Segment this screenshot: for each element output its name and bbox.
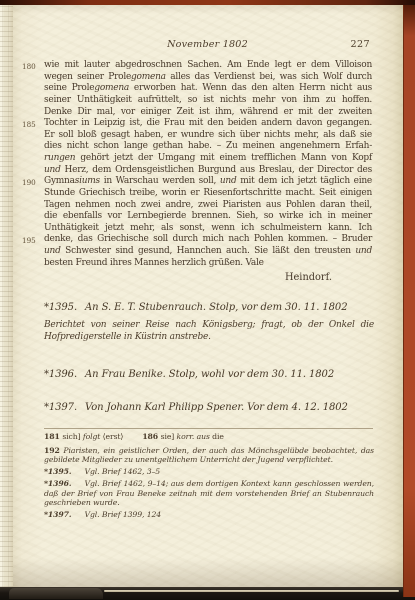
note-text: Vgl. Brief 1462, 9–14; aus dem dortigen … xyxy=(44,479,374,507)
apparatus-note: *1397.Vgl. Brief 1399, 124 xyxy=(44,510,374,519)
roman-text: gehört jetzt der Umgang mit einem treffl… xyxy=(75,153,372,163)
body-line: und Herz, dem Ordensgeistlichen Burgund … xyxy=(44,165,372,177)
entry-heading: *1395.An S. E. T. Stubenrauch. Stolp, vo… xyxy=(44,301,374,314)
entry-1396: *1396.An Frau Benike. Stolp, wohl vor de… xyxy=(44,368,374,381)
roman-text: Stunde Griechisch treibe, worin er Riese… xyxy=(44,188,372,198)
roman-text: Schwester sind gesund, Hannchen auch. Si… xyxy=(61,246,356,256)
entry-title: Von Johann Karl Philipp Spener. Vor dem … xyxy=(85,402,348,413)
roman-text: wegen seiner Prole xyxy=(44,72,131,82)
variant-line-number: 181 xyxy=(44,432,62,441)
roman-text: sich] xyxy=(62,432,83,441)
roman-text: Gymna xyxy=(44,176,75,186)
note-number: *1397. xyxy=(44,510,72,519)
apparatus-note: *1396.Vgl. Brief 1462, 9–14; aus dem dor… xyxy=(44,479,374,507)
body-line: die ebenfalls vor Lernbegierde brennen. … xyxy=(44,211,372,223)
roman-text: Tagen nehmen noch zwei andre, zwei Piari… xyxy=(44,200,372,210)
italic-text: rungen xyxy=(44,153,75,163)
body-line: besten Freund ihres Mannes herzlich grüß… xyxy=(44,258,372,270)
line-number: 190 xyxy=(22,177,40,189)
letter-body: 180wie mit lauter abgedroschnen Sachen. … xyxy=(44,60,372,269)
note-text: Vgl. Brief 1462, 3–5 xyxy=(85,467,161,476)
summary-line: Berichtet von seiner Reise nach Königsbe… xyxy=(44,319,374,331)
apparatus-note: 192 Piaristen, ein geistlicher Orden, de… xyxy=(44,446,374,465)
italic-text: und xyxy=(44,165,61,175)
roman-text: Er soll bloß gesagt haben, er wundre sic… xyxy=(44,130,372,140)
apparatus-variants: 181 sich] folgt ⟨erst⟩186 sie] korr. aus… xyxy=(44,432,374,441)
book-photo: November 1802 227 180wie mit lauter abge… xyxy=(0,0,415,600)
roman-text: alles das Verdienst bei, was sich Wolf d… xyxy=(166,72,372,82)
line-number: 195 xyxy=(22,235,40,247)
note-number: 192 xyxy=(44,446,60,455)
running-head: November 1802 227 xyxy=(44,39,371,52)
italic-text: siums xyxy=(75,176,100,186)
body-line: Denke Dir mal, vor einiger Zeit ist ihm,… xyxy=(44,107,372,119)
entry-1395: *1395.An S. E. T. Stubenrauch. Stolp, vo… xyxy=(44,301,374,344)
note-number: *1395. xyxy=(44,467,72,476)
facing-page-edge xyxy=(0,5,13,587)
italic-text: und xyxy=(355,246,372,256)
entry-number: *1396. xyxy=(44,369,77,380)
note-text: Piaristen, ein geistlicher Orden, der au… xyxy=(44,446,374,464)
entry-heading: *1396.An Frau Benike. Stolp, wohl vor de… xyxy=(44,368,374,381)
apparatus-divider xyxy=(44,428,373,429)
italic-text: gomena xyxy=(131,72,166,82)
note-number: *1396. xyxy=(44,479,72,488)
book-page: November 1802 227 180wie mit lauter abge… xyxy=(13,5,404,587)
roman-text: die xyxy=(210,432,224,441)
book-cover-top-edge xyxy=(0,0,415,5)
roman-text: seine Prole xyxy=(44,83,94,93)
variant-entry: 181 sich] folgt ⟨erst⟩ xyxy=(44,432,123,441)
body-line: seine Prolegomena erworben hat. Wenn das… xyxy=(44,83,372,95)
body-line: rungen gehört jetzt der Umgang mit einem… xyxy=(44,153,372,165)
variant-entry: 186 sie] korr. aus die xyxy=(142,432,223,441)
entry-1397: *1397.Von Johann Karl Philipp Spener. Vo… xyxy=(44,401,374,414)
body-line: 195denke, das Griechische soll durch mic… xyxy=(44,234,372,246)
roman-text: besten Freund ihres Mannes herzlich grüß… xyxy=(44,258,264,268)
roman-text: in Warschau werden soll, xyxy=(100,176,220,186)
italic-text: folgt xyxy=(83,432,100,441)
body-line: Tagen nehmen noch zwei andre, zwei Piari… xyxy=(44,200,372,212)
roman-text: mit dem ich jetzt täglich eine xyxy=(236,176,372,186)
note-text: Vgl. Brief 1399, 124 xyxy=(85,510,162,519)
roman-text: sie] xyxy=(161,432,177,441)
roman-text: die ebenfalls vor Lernbegierde brennen. … xyxy=(44,211,372,221)
running-head-title: November 1802 xyxy=(44,39,371,50)
italic-text: korr. aus xyxy=(177,432,210,441)
body-line: seiner Unthätigkeit aufrüttelt, so ist n… xyxy=(44,95,372,107)
entry-summary: Berichtet von seiner Reise nach Königsbe… xyxy=(44,319,374,344)
body-line: wegen seiner Prolegomena alles das Verdi… xyxy=(44,72,372,84)
roman-text: Tochter in Leipzig ist, die Frau mit den… xyxy=(44,118,372,128)
body-line: und Schwester sind gesund, Hannchen auch… xyxy=(44,246,372,258)
letter-signature: Heindorf. xyxy=(44,272,372,283)
roman-text: Unthätigkeit jetzt mehr, als sonst, wenn… xyxy=(44,223,372,233)
stacked-page-edges xyxy=(104,590,399,592)
body-line: 180wie mit lauter abgedroschnen Sachen. … xyxy=(44,60,372,72)
book-cover-right-edge xyxy=(403,0,415,597)
roman-text: seiner Unthätigkeit aufrüttelt, so ist n… xyxy=(44,95,372,105)
body-line: 185Tochter in Leipzig ist, die Frau mit … xyxy=(44,118,372,130)
variant-line-number: 186 xyxy=(142,432,160,441)
summary-line: Hofpredigerstelle in Küstrin anstrebe. xyxy=(44,331,374,343)
body-line: Er soll bloß gesagt haben, er wundre sic… xyxy=(44,130,372,142)
roman-text: dies nicht schon lange gethan habe. – Zu… xyxy=(44,141,372,151)
apparatus-notes: 192 Piaristen, ein geistlicher Orden, de… xyxy=(44,446,374,522)
roman-text: denke, das Griechische soll durch mich n… xyxy=(44,234,372,244)
book-bottom-edge xyxy=(0,587,415,600)
body-line: 190Gymnasiums in Warschau werden soll, u… xyxy=(44,176,372,188)
entry-heading: *1397.Von Johann Karl Philipp Spener. Vo… xyxy=(44,401,374,414)
page-number: 227 xyxy=(350,39,370,50)
italic-text: gomena xyxy=(94,83,129,93)
roman-text: Denke Dir mal, vor einiger Zeit ist ihm,… xyxy=(44,107,372,117)
roman-text: ⟨erst⟩ xyxy=(100,432,123,441)
italic-text: und xyxy=(220,176,237,186)
apparatus-note: *1395.Vgl. Brief 1462, 3–5 xyxy=(44,467,374,476)
entry-title: An Frau Benike. Stolp, wohl vor dem 30. … xyxy=(85,369,334,380)
roman-text: wie mit lauter abgedroschnen Sachen. Am … xyxy=(44,60,372,70)
entry-number: *1397. xyxy=(44,402,77,413)
italic-text: und xyxy=(44,246,61,256)
entry-number: *1395. xyxy=(44,302,77,313)
body-line: dies nicht schon lange gethan habe. – Zu… xyxy=(44,141,372,153)
body-line: Stunde Griechisch treibe, worin er Riese… xyxy=(44,188,372,200)
line-number: 180 xyxy=(22,61,40,73)
bottom-left-shadow xyxy=(9,588,103,599)
body-line: Unthätigkeit jetzt mehr, als sonst, wenn… xyxy=(44,223,372,235)
roman-text: Herz, dem Ordensgeistlichen Burgund aus … xyxy=(61,165,372,175)
entry-title: An S. E. T. Stubenrauch. Stolp, vor dem … xyxy=(85,302,347,313)
roman-text: erworben hat. Wenn das den alten Herrn n… xyxy=(129,83,372,93)
line-number: 185 xyxy=(22,119,40,131)
